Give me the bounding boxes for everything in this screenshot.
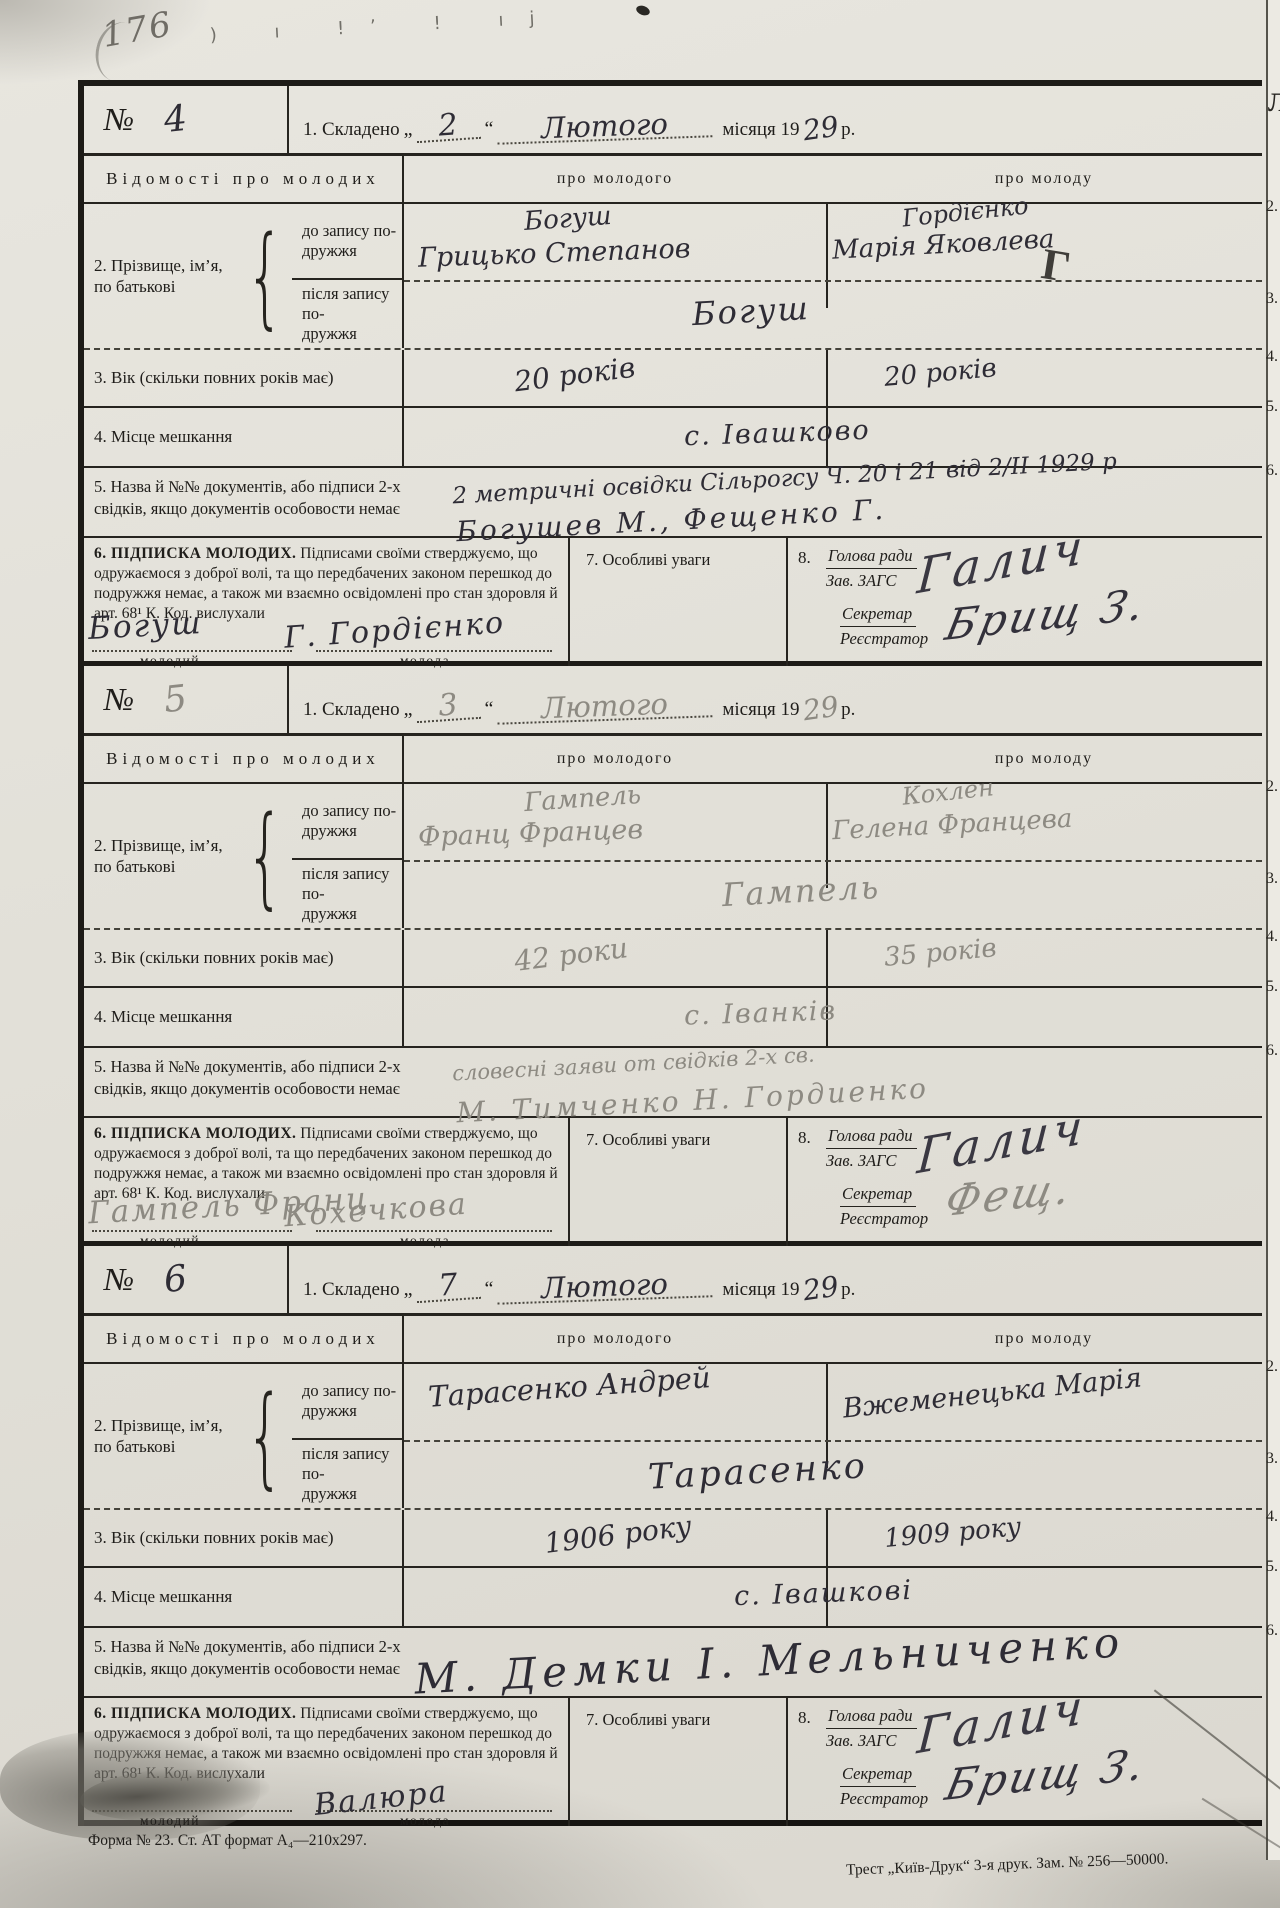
surname-row: 2. Прізвище, ім’я, по батькові { до запи… <box>84 784 1262 930</box>
signature-remarks-row: 6. ПІДПИСКА МОЛОДИХ. Підписами своїми ст… <box>84 1118 1262 1246</box>
residence-handwritten: с. Івашкові <box>734 1575 914 1612</box>
surname-sublabels: до запису по- дружжя після запису по- др… <box>292 784 402 928</box>
registrar-label: Реєстратор <box>840 1207 928 1229</box>
surname-entry-cells: Богуш Грицько Степанов Гордієнко Марія Я… <box>404 204 1262 348</box>
age-entry-cells: 20 років 20 років <box>404 350 1262 406</box>
head-of-council-label: Голова ради <box>826 1126 917 1149</box>
head-of-council-labels: Голова ради Зав. ЗАГС <box>826 1706 917 1751</box>
surname-label-cell: 2. Прізвище, ім’я, по батькові { до запи… <box>84 1364 404 1508</box>
groom-name-line2-handwritten: Франц Францев <box>418 814 644 853</box>
after-marriage-sublabel: після запису по- дружжя <box>292 280 402 348</box>
open-quote: „ <box>404 1278 413 1301</box>
record-number-handwritten: 6 <box>162 1258 189 1301</box>
compiled-label: 1. Складено <box>303 1279 400 1301</box>
couple-signature-section: 6. ПІДПИСКА МОЛОДИХ. Підписами своїми ст… <box>84 538 570 666</box>
groom-column-header: про молодого <box>404 1330 826 1348</box>
surname-row-label: 2. Прізвище, ім’я, по батькові <box>84 835 236 878</box>
row-divider-line <box>404 1440 1262 1442</box>
edge-number: 3. <box>1266 870 1278 888</box>
zags-chief-label: Зав. ЗАГС <box>826 1149 917 1171</box>
number-sign-label: № <box>104 101 134 138</box>
date-compiled-cell: 1. Складено „ 3 “ Лютого місяця 19 29 р. <box>289 666 1262 733</box>
registry-form-table: № 4 1. Складено „ 2 “ Лютого місяця 19 2… <box>78 80 1262 1826</box>
marriage-record: № 5 1. Складено „ 3 “ Лютого місяця 19 2… <box>84 666 1262 1246</box>
residence-handwritten: с. Івашково <box>684 415 872 452</box>
groom-name-line2-handwritten: Грицько Степанов <box>418 233 691 273</box>
age-row-label: 3. Вік (скільки повних років має) <box>84 1510 404 1566</box>
secretary-label: Секретар <box>840 1184 916 1207</box>
column-header-row: Відомості про молодих про молодого про м… <box>84 156 1262 204</box>
age-row: 3. Вік (скільки повних років має) 20 рок… <box>84 350 1262 408</box>
year-suffix-label: р. <box>841 1279 855 1301</box>
date-compiled-cell: 1. Складено „ 7 “ Лютого місяця 19 29 р. <box>289 1246 1262 1313</box>
record-number-cell: № 5 <box>84 666 289 733</box>
before-marriage-sublabel: до запису по- дружжя <box>292 784 402 860</box>
edge-number: 4. <box>1266 928 1278 946</box>
couple-signature-section: 6. ПІДПИСКА МОЛОДИХ. Підписами своїми ст… <box>84 1698 570 1826</box>
officials-section-number: 8. <box>798 1708 811 1728</box>
age-entry-cells: 42 роки 35 років <box>404 930 1262 986</box>
day-handwritten: 3 <box>416 690 482 723</box>
groom-name-line1-handwritten: Богуш <box>523 201 613 237</box>
info-column-header: Відомості про молодих <box>84 736 404 782</box>
groom-column-header: про молодого <box>404 170 826 188</box>
edge-number: 5. <box>1266 978 1278 996</box>
name-after-marriage-handwritten: Тарасенко <box>647 1446 869 1497</box>
zags-chief-label: Зав. ЗАГС <box>826 569 917 591</box>
column-header-row: Відомості про молодих про молодого про м… <box>84 1316 1262 1364</box>
year-handwritten: 29 <box>800 1270 840 1308</box>
form-number-footnote: Форма № 23. Ст. АТ формат А₄—210х297. <box>88 1832 367 1850</box>
surname-row: 2. Прізвище, ім’я, по батькові { до запи… <box>84 1364 1262 1510</box>
surname-label-cell: 2. Прізвище, ім’я, по батькові { до запи… <box>84 784 404 928</box>
number-sign-label: № <box>104 681 134 718</box>
info-column-header: Відомості про молодих <box>84 1316 404 1362</box>
head-of-council-labels: Голова ради Зав. ЗАГС <box>826 1126 917 1171</box>
groom-column-header: про молодого <box>404 750 826 768</box>
year-suffix-label: р. <box>841 119 855 141</box>
month-year-label: місяця 19 <box>722 1279 799 1301</box>
marriage-record: № 6 1. Складено „ 7 “ Лютого місяця 19 2… <box>84 1246 1262 1826</box>
before-marriage-sublabel: до запису по- дружжя <box>292 204 402 280</box>
registrar-label: Реєстратор <box>840 1787 928 1809</box>
bride-column-header: про молоду <box>826 750 1262 768</box>
year-suffix-label: р. <box>841 699 855 721</box>
surname-row: 2. Прізвище, ім’я, по батькові { до запи… <box>84 204 1262 350</box>
secretary-labels: Секретар Реєстратор <box>840 1764 928 1809</box>
row-divider-line <box>404 280 1262 282</box>
edge-number: 2. <box>1266 198 1278 216</box>
groom-age-handwritten: 20 років <box>512 351 636 399</box>
month-handwritten: Лютого <box>497 689 713 725</box>
after-marriage-sublabel: після запису по- дружжя <box>292 860 402 928</box>
signature-section-title: 6. ПІДПИСКА МОЛОДИХ. <box>94 545 296 562</box>
residence-row-label: 4. Місце мешкання <box>84 408 404 466</box>
edge-number: 6. <box>1266 462 1278 480</box>
bride-age-handwritten: 35 років <box>883 933 998 973</box>
officials-section: 8. Голова ради Зав. ЗАГС Секретар Реєстр… <box>788 1118 1262 1246</box>
compiled-label: 1. Складено <box>303 699 400 721</box>
edge-number: 5. <box>1266 398 1278 416</box>
month-handwritten: Лютого <box>497 109 713 145</box>
record-header-row: № 5 1. Складено „ 3 “ Лютого місяця 19 2… <box>84 666 1262 736</box>
bride-name-line1-handwritten: Вжеменецька Марія <box>841 1362 1143 1424</box>
month-year-label: місяця 19 <box>722 119 799 141</box>
record-number-handwritten: 4 <box>162 98 189 141</box>
special-remarks-section: 7. Особливі уваги <box>570 538 788 666</box>
signature-remarks-row: 6. ПІДПИСКА МОЛОДИХ. Підписами своїми ст… <box>84 538 1262 666</box>
residence-entry-cells: с. Івашкові <box>404 1568 1262 1626</box>
record-number-cell: № 4 <box>84 86 289 153</box>
residence-handwritten: с. Іванків <box>684 995 838 1031</box>
surname-label-cell: 2. Прізвище, ім’я, по батькові { до запи… <box>84 204 404 348</box>
residence-entry-cells: с. Івашково <box>404 408 1262 466</box>
age-row-label: 3. Вік (скільки повних років має) <box>84 350 404 406</box>
marriage-record: № 4 1. Складено „ 2 “ Лютого місяця 19 2… <box>84 86 1262 666</box>
bride-column-header: про молоду <box>826 1330 1262 1348</box>
bride-name-line2-handwritten: Марія Яковлева <box>831 224 1055 266</box>
column-divider-line <box>826 350 828 406</box>
signature-remarks-row: 6. ПІДПИСКА МОЛОДИХ. Підписами своїми ст… <box>84 1698 1262 1826</box>
records-host: № 4 1. Складено „ 2 “ Лютого місяця 19 2… <box>84 86 1262 1826</box>
edge-number: 4. <box>1266 348 1278 366</box>
surname-sublabels: до запису по- дружжя після запису по- др… <box>292 1364 402 1508</box>
adjacent-page-glyph: Л <box>1268 88 1280 118</box>
officials-section-number: 8. <box>798 1128 811 1148</box>
edge-number: 2. <box>1266 778 1278 796</box>
groom-name-line1-handwritten: Гампель <box>523 780 642 818</box>
head-of-council-labels: Голова ради Зав. ЗАГС <box>826 546 917 591</box>
surname-sublabels: до запису по- дружжя після запису по- др… <box>292 204 402 348</box>
surname-entry-cells: Тарасенко Андрей Вжеменецька Марія Тарас… <box>404 1364 1262 1508</box>
special-remarks-section: 7. Особливі уваги <box>570 1118 788 1246</box>
year-handwritten: 29 <box>800 110 840 148</box>
day-handwritten: 2 <box>416 110 482 143</box>
month-year-label: місяця 19 <box>722 699 799 721</box>
bride-column-header: про молоду <box>826 170 1262 188</box>
residence-row-label: 4. Місце мешкання <box>84 1568 404 1626</box>
registrar-label: Реєстратор <box>840 627 928 649</box>
column-divider-line <box>826 930 828 986</box>
close-quote: “ <box>484 1278 493 1301</box>
after-marriage-sublabel: після запису по- дружжя <box>292 1440 402 1508</box>
secretary-label: Секретар <box>840 604 916 627</box>
age-row: 3. Вік (скільки повних років має) 1906 р… <box>84 1510 1262 1568</box>
name-after-marriage-handwritten: Богуш <box>691 289 811 333</box>
groom-age-handwritten: 42 роки <box>512 931 629 978</box>
bride-age-handwritten: 1909 року <box>883 1512 1022 1554</box>
head-of-council-label: Голова ради <box>826 546 917 569</box>
open-quote: „ <box>404 698 413 721</box>
day-handwritten: 7 <box>416 1270 482 1303</box>
before-marriage-sublabel: до запису по- дружжя <box>292 1364 402 1440</box>
zags-chief-label: Зав. ЗАГС <box>826 1729 917 1751</box>
record-header-row: № 4 1. Складено „ 2 “ Лютого місяця 19 2… <box>84 86 1262 156</box>
column-divider-line <box>826 1510 828 1566</box>
age-row-label: 3. Вік (скільки повних років має) <box>84 930 404 986</box>
residence-row: 4. Місце мешкання с. Іванків <box>84 988 1262 1048</box>
year-handwritten: 29 <box>800 690 840 728</box>
compiled-label: 1. Складено <box>303 119 400 141</box>
residence-row-label: 4. Місце мешкання <box>84 988 404 1046</box>
age-row: 3. Вік (скільки повних років має) 42 рок… <box>84 930 1262 988</box>
open-quote: „ <box>404 118 413 141</box>
secretary-labels: Секретар Реєстратор <box>840 604 928 649</box>
row-divider-line <box>404 860 1262 862</box>
record-number-cell: № 6 <box>84 1246 289 1313</box>
special-remarks-section: 7. Особливі уваги <box>570 1698 788 1826</box>
record-number-handwritten: 5 <box>162 678 189 721</box>
column-divider-line <box>826 204 828 308</box>
edge-number: 4. <box>1266 1508 1278 1526</box>
officials-section: 8. Голова ради Зав. ЗАГС Секретар Реєстр… <box>788 538 1262 666</box>
secretary-labels: Секретар Реєстратор <box>840 1184 928 1229</box>
signature-section-title: 6. ПІДПИСКА МОЛОДИХ. <box>94 1705 296 1722</box>
surname-entry-cells: Гампель Франц Францев Кохлен Гелена Фран… <box>404 784 1262 928</box>
edge-number: 3. <box>1266 290 1278 308</box>
name-after-marriage-handwritten: Гампель <box>721 868 881 914</box>
info-column-header: Відомості про молодих <box>84 156 404 202</box>
signature-section-title: 6. ПІДПИСКА МОЛОДИХ. <box>94 1125 296 1142</box>
officials-section-number: 8. <box>798 548 811 568</box>
edge-number: 6. <box>1266 1042 1278 1060</box>
groom-name-line1-handwritten: Тарасенко Андрей <box>427 1360 712 1414</box>
bride-name-line2-handwritten: Гелена Францева <box>831 804 1073 847</box>
surname-row-label: 2. Прізвище, ім’я, по батькові <box>84 1415 236 1458</box>
edge-number: 3. <box>1266 1450 1278 1468</box>
column-header-row: Відомості про молодих про молодого про м… <box>84 736 1262 784</box>
groom-signature-handwritten: Богуш <box>87 603 203 649</box>
edge-number: 5. <box>1266 1558 1278 1576</box>
head-of-council-label: Голова ради <box>826 1706 917 1729</box>
close-quote: “ <box>484 698 493 721</box>
record-header-row: № 6 1. Складено „ 7 “ Лютого місяця 19 2… <box>84 1246 1262 1316</box>
month-handwritten: Лютого <box>497 1269 713 1305</box>
groom-age-handwritten: 1906 року <box>543 1509 694 1560</box>
edge-number: 2. <box>1266 1358 1278 1376</box>
date-compiled-cell: 1. Складено „ 2 “ Лютого місяця 19 29 р. <box>289 86 1262 153</box>
residence-entry-cells: с. Іванків <box>404 988 1262 1046</box>
edge-number: 6. <box>1266 1622 1278 1640</box>
couple-signature-section: 6. ПІДПИСКА МОЛОДИХ. Підписами своїми ст… <box>84 1118 570 1246</box>
close-quote: “ <box>484 118 493 141</box>
surname-row-label: 2. Прізвище, ім’я, по батькові <box>84 255 236 298</box>
bride-age-handwritten: 20 років <box>883 353 998 393</box>
secretary-label: Секретар <box>840 1764 916 1787</box>
age-entry-cells: 1906 року 1909 року <box>404 1510 1262 1566</box>
number-sign-label: № <box>104 1261 134 1298</box>
